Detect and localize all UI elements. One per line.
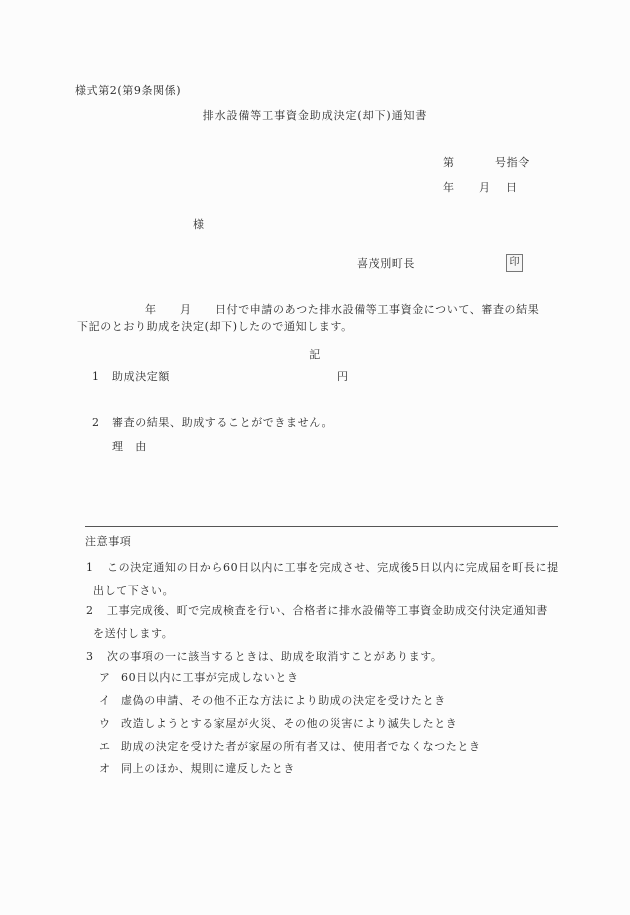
form-label: 様式第2(第9条関係) <box>75 84 181 97</box>
date-month-label: 月 <box>479 181 491 194</box>
note-item-3-number: 3 <box>86 650 94 663</box>
decision-amount-label: 助成決定額 <box>112 370 170 383</box>
note-item-2-line2: を送付します。 <box>93 627 173 640</box>
note-subitem-e-marker: エ <box>99 740 111 753</box>
note-item-3-line1: 次の事項の一に該当するときは、助成を取消すことがあります。 <box>107 650 443 663</box>
note-subitem-a-marker: ア <box>99 671 111 684</box>
date-year-label: 年 <box>443 181 455 194</box>
decision-item-2-text: 審査の結果、助成することができません。 <box>112 416 333 429</box>
note-subitem-u-text: 改造しようとする家屋が火災、その他の災害により滅失したとき <box>121 717 457 730</box>
body-line2-text: 下記のとおり助成を決定(却下)したので通知します。 <box>77 320 353 333</box>
note-subitem-o-text: 同上のほか、規則に違反したとき <box>121 762 295 775</box>
seal-mark: 印 <box>506 254 523 272</box>
note-item-1-line2: 出して下さい。 <box>93 584 174 597</box>
reason-label: 理 由 <box>112 440 147 453</box>
body-line1-year: 年 <box>145 303 157 316</box>
decision-item-2-number: 2 <box>92 416 100 429</box>
note-subitem-i-text: 虚偽の申請、その他不正な方法により助成の決定を受けたとき <box>121 694 446 707</box>
body-line1-text: 日付で申請のあつた排水設備等工事資金について、審査の結果 <box>215 303 539 316</box>
body-line1-month: 月 <box>180 303 192 316</box>
note-item-1-line1: この決定通知の日から60日以内に工事を完成させ、完成後5日以内に完成届を町長に提 <box>107 561 559 574</box>
note-subitem-a-text: 60日以内に工事が完成しないとき <box>121 671 299 684</box>
directive-number-prefix: 第 <box>443 156 455 169</box>
note-subitem-e-text: 助成の決定を受けた者が家屋の所有者又は、使用者でなくなつたとき <box>121 740 481 753</box>
note-subitem-i-marker: イ <box>99 694 111 707</box>
date-day-label: 日 <box>506 181 518 194</box>
notes-heading: 注意事項 <box>85 535 131 548</box>
sender-title: 喜茂別町長 <box>357 257 415 270</box>
separator-rule <box>85 526 558 527</box>
directive-number-suffix: 号指令 <box>495 156 530 169</box>
note-item-1-number: 1 <box>86 561 94 574</box>
seal-character: 印 <box>510 258 520 268</box>
decision-item-1-number: 1 <box>92 370 100 383</box>
amount-unit-label: 円 <box>337 370 349 383</box>
note-subitem-u-marker: ウ <box>99 717 111 730</box>
record-mark: 記 <box>0 348 630 361</box>
note-item-2-number: 2 <box>86 604 94 617</box>
notification-document: 様式第2(第9条関係) 排水設備等工事資金助成決定(却下)通知書 第 号指令 年… <box>0 0 630 915</box>
document-title: 排水設備等工事資金助成決定(却下)通知書 <box>0 109 630 122</box>
addressee-honorific: 様 <box>193 218 205 231</box>
note-subitem-o-marker: オ <box>99 762 111 775</box>
note-item-2-line1: 工事完成後、町で完成検査を行い、合格者に排水設備等工事資金助成交付決定通知書 <box>107 604 548 617</box>
